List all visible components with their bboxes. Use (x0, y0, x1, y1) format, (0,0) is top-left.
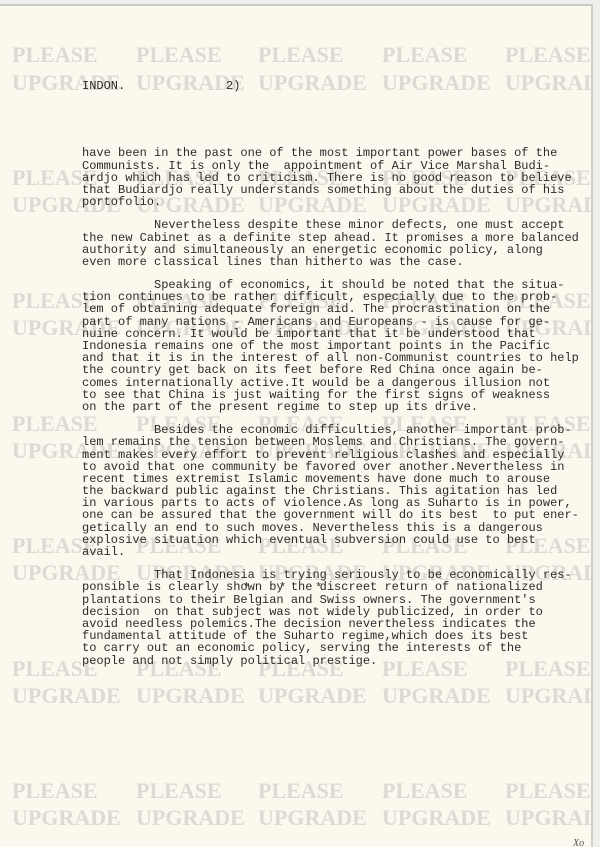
section-break: * * * (243, 581, 322, 595)
text-line: have been in the past one of the most im… (82, 147, 579, 159)
document-body: INDON.2) have been in the past one of th… (82, 56, 579, 691)
text-line: ponsible is clearly shown by the discree… (82, 581, 579, 593)
watermark-upgrade: UPGRADE (382, 805, 491, 831)
text-line: explosive situation which eventual subve… (82, 534, 579, 546)
text-line: on the part of the present regime to ste… (82, 401, 579, 413)
text-line: lem remains the tension between Moslems … (82, 436, 579, 448)
text-line: ment makes every effort to prevent relig… (82, 449, 579, 461)
watermark-please: PLEASE (382, 778, 468, 804)
watermark-please: PLEASE (136, 778, 222, 804)
paragraph: Speaking of economics, it should be note… (82, 279, 579, 413)
paragraph: Besides the economic difficulties, anoth… (82, 424, 579, 558)
text-line: Communists. It is only the appointment o… (82, 160, 579, 172)
watermark-upgrade: UPGRADE (136, 805, 245, 831)
text-line: even more classical lines than hitherto … (82, 256, 579, 268)
page-header: INDON.2) (82, 80, 579, 92)
watermark-upgrade: UPGRADE (505, 805, 593, 831)
text-line: the country get back on its feet before … (82, 364, 579, 376)
text-line: the new Cabinet as a definite step ahead… (82, 232, 579, 244)
watermark-please: PLEASE (12, 778, 98, 804)
text-line: plantations to their Belgian and Swiss o… (82, 594, 579, 606)
text-line: portofolio. (82, 196, 579, 208)
text-line: people and not simply political prestige… (82, 655, 579, 667)
text-line: one can be assured that the government w… (82, 509, 579, 521)
header-label: INDON. (82, 79, 125, 93)
paragraph: Nevertheless despite these minor defects… (82, 219, 579, 268)
text-line: lem of obtaining adequate foreign aid. T… (82, 303, 579, 315)
paragraph: have been in the past one of the most im… (82, 147, 579, 208)
watermark-please: PLEASE (505, 778, 591, 804)
document-page: PLEASEPLEASEPLEASEPLEASEPLEASEPLEASEPLEA… (0, 4, 593, 847)
text-line: Nevertheless despite these minor defects… (82, 219, 579, 231)
watermark-please: PLEASE (258, 778, 344, 804)
watermark-upgrade: UPGRADE (258, 805, 367, 831)
handwritten-initials: Xo (573, 838, 584, 847)
paragraph: That Indonesia is trying seriously to be… (82, 569, 579, 667)
text-line: comes internationally active.It would be… (82, 377, 579, 389)
watermark-upgrade: UPGRADE (12, 805, 121, 831)
text-line: to carry out an economic policy, serving… (82, 642, 579, 654)
page-number: 2) (226, 80, 240, 92)
text-line: avail. (82, 546, 579, 558)
paragraphs: have been in the past one of the most im… (82, 147, 579, 666)
